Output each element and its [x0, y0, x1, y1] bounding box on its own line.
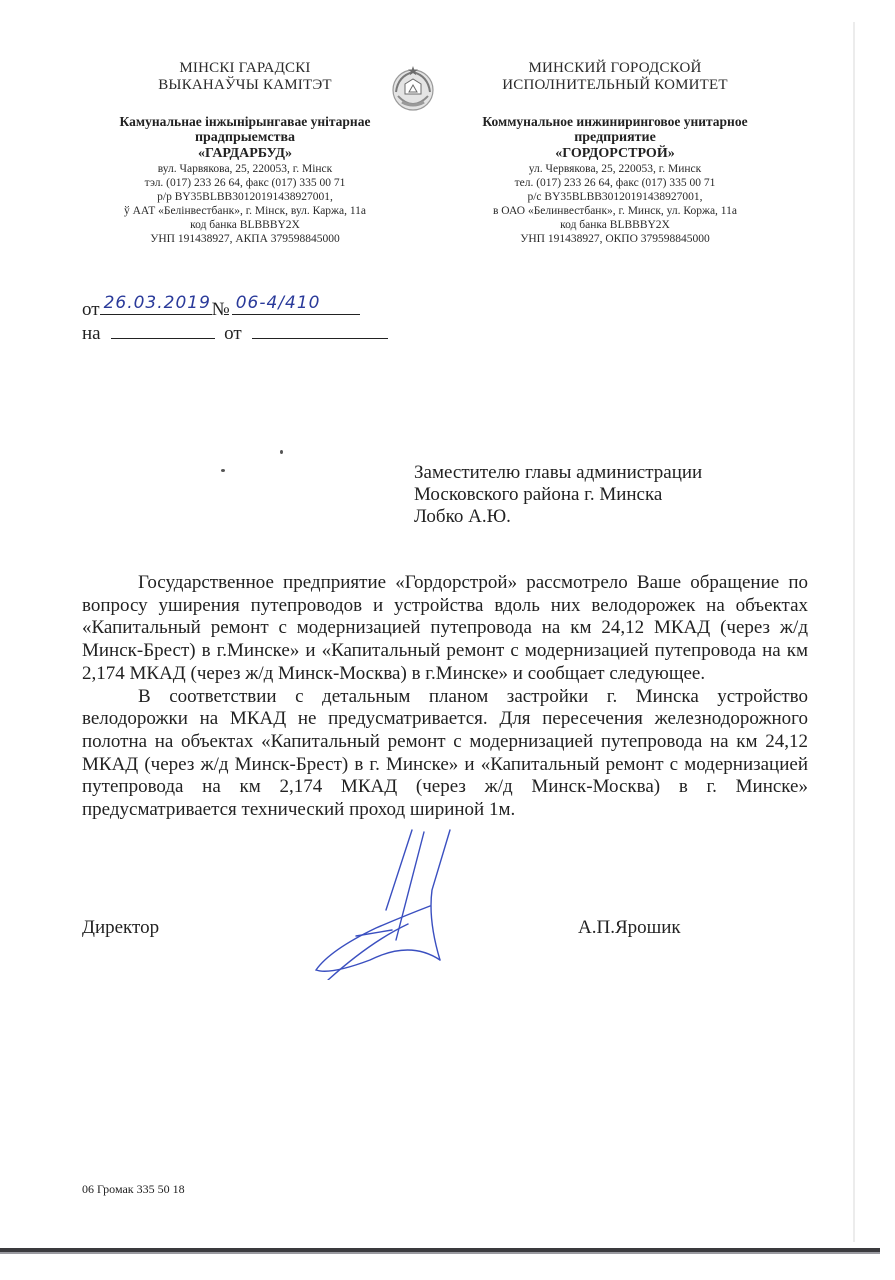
authority-name-ru-line1: МИНСКИЙ ГОРОДСКОЙ	[450, 60, 780, 77]
outgoing-date: 26.03.2019	[104, 292, 211, 314]
scan-speck	[221, 469, 225, 472]
org-name-ru: «ГОРДОРСТРОЙ»	[450, 146, 780, 162]
letterhead-right: МИНСКИЙ ГОРОДСКОЙ ИСПОЛНИТЕЛЬНЫЙ КОМИТЕТ…	[450, 60, 780, 246]
org-ids-by: УНП 191438927, АКПА 379598845000	[80, 232, 410, 246]
outgoing-number: 06-4/410	[236, 292, 321, 314]
org-account-by: р/р BY35BLBB30120191438927001,	[80, 190, 410, 204]
org-bank-code-by: код банка BLBBBY2X	[80, 218, 410, 232]
letterhead-left: МІНСКІ ГАРАДСКІ ВЫКАНАЎЧЫ КАМІТЭТ Камуна…	[80, 60, 410, 246]
executor-note: 06 Громак 335 50 18	[82, 1182, 185, 1197]
body-paragraph-2: В соответствии с детальным планом застро…	[82, 686, 808, 822]
addressee-department: Московского района г. Минска	[414, 484, 702, 506]
registration-line-reply: на от	[82, 320, 388, 345]
org-type-by-line1: Камунальнае інжынірынгавае унітарнае	[80, 114, 410, 130]
outgoing-number-field: 06-4/410	[232, 296, 360, 315]
org-account-ru: р/с BY35BLBB30120191438927001,	[450, 190, 780, 204]
org-name-by: «ГАРДАРБУД»	[80, 146, 410, 162]
org-type-ru-line1: Коммунальное инжиниринговое унитарное	[450, 114, 780, 130]
authority-name-ru-line2: ИСПОЛНИТЕЛЬНЫЙ КОМИТЕТ	[450, 77, 780, 94]
org-address-ru: ул. Червякова, 25, 220053, г. Минск	[450, 162, 780, 176]
date-label: от	[82, 299, 100, 320]
org-type-ru-line2: предприятие	[450, 130, 780, 146]
letter-page: МІНСКІ ГАРАДСКІ ВЫКАНАЎЧЫ КАМІТЭТ Камуна…	[0, 0, 895, 1280]
number-label: №	[212, 299, 230, 320]
addressee-position: Заместителю главы администрации	[414, 462, 702, 484]
reply-date-label: от	[224, 323, 242, 344]
scan-edge	[853, 22, 855, 1242]
org-phone-ru: тел. (017) 233 26 64, факс (017) 335 00 …	[450, 176, 780, 190]
org-bank-ru: в ОАО «Белинвестбанк», г. Минск, ул. Кор…	[450, 204, 780, 218]
body-paragraph-1: Государственное предприятие «Гордорстрой…	[82, 572, 808, 686]
authority-name-by-line2: ВЫКАНАЎЧЫ КАМІТЭТ	[80, 77, 410, 94]
addressee-block: Заместителю главы администрации Московск…	[414, 462, 702, 528]
reply-to-label: на	[82, 323, 101, 344]
scan-speck	[280, 450, 283, 454]
scan-bottom-border-shadow	[0, 1252, 880, 1254]
handwritten-signature-icon	[300, 820, 460, 980]
belarus-coat-of-arms-icon	[388, 62, 438, 118]
addressee-name: Лобко А.Ю.	[414, 506, 702, 528]
authority-name-by-line1: МІНСКІ ГАРАДСКІ	[80, 60, 410, 77]
org-ids-ru: УНП 191438927, ОКПО 379598845000	[450, 232, 780, 246]
org-bank-code-ru: код банка BLBBBY2X	[450, 218, 780, 232]
org-address-by: вул. Чарвякова, 25, 220053, г. Мінск	[80, 162, 410, 176]
letter-body: Государственное предприятие «Гордорстрой…	[82, 572, 808, 822]
registration-line-outgoing: от26.03.2019№06-4/410	[82, 296, 360, 321]
signatory-name: А.П.Ярошик	[578, 917, 681, 939]
reply-date-field	[252, 320, 388, 339]
org-bank-by: ў ААТ «Белінвестбанк», г. Мінск, вул. Ка…	[80, 204, 410, 218]
org-type-by-line2: прадпрыемства	[80, 130, 410, 146]
outgoing-date-field: 26.03.2019	[100, 296, 212, 315]
reply-to-number-field	[111, 320, 215, 339]
signatory-role: Директор	[82, 917, 159, 939]
org-phone-by: тэл. (017) 233 26 64, факс (017) 335 00 …	[80, 176, 410, 190]
